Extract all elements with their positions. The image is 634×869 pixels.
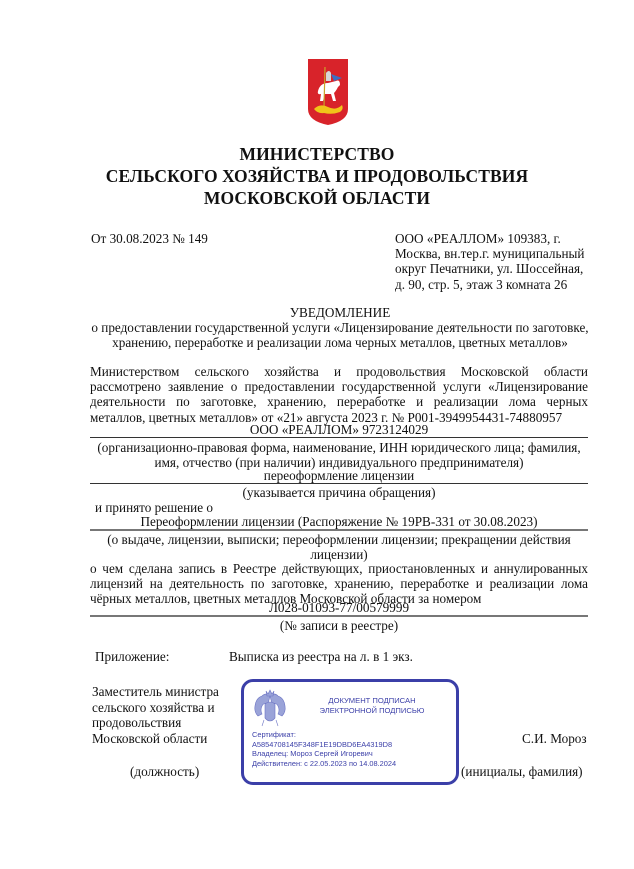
address-line: д. 90, стр. 5, этаж 3 комната 26 (395, 277, 605, 292)
ministry-title: МИНИСТЕРСТВО СЕЛЬСКОГО ХОЗЯЙСТВА И ПРОДО… (0, 143, 634, 209)
certificate-validity: Действителен: с 22.05.2023 по 14.08.2024 (252, 759, 396, 769)
russian-coat-of-arms-icon (252, 688, 288, 730)
stamp-heading-line: ДОКУМЕНТ ПОДПИСАН (302, 696, 442, 706)
notice-subtitle: хранению, переработке и реализации лома … (90, 335, 590, 350)
reason-field: переоформление лицензии (90, 468, 588, 484)
address-line: ООО «РЕАЛЛОМ» 109383, г. (395, 231, 605, 246)
decision-intro: и принято решение о (95, 500, 213, 515)
decision-field: Переоформлении лицензии (Распоряжение № … (90, 514, 588, 531)
position-caption: (должность) (130, 764, 199, 779)
title-line: СЕЛЬСКОГО ХОЗЯЙСТВА И ПРОДОВОЛЬСТВИЯ (0, 165, 634, 187)
signatory-position: Заместитель министра сельского хозяйства… (92, 684, 219, 746)
stamp-certificate-info: Сертификат: A5854708145F348F1E19DBD6EA43… (252, 730, 396, 768)
caption-line: (организационно-правовая форма, наименов… (90, 440, 588, 455)
title-line: МИНИСТЕРСТВО (0, 143, 634, 165)
recipient-address: ООО «РЕАЛЛОМ» 109383, г. Москва, вн.тер.… (395, 231, 605, 292)
notice-heading: УВЕДОМЛЕНИЕ о предоставлении государстве… (90, 305, 590, 351)
title-line: МОСКОВСКОЙ ОБЛАСТИ (0, 187, 634, 209)
document-date-number: От 30.08.2023 № 149 (91, 231, 208, 246)
attachment-value: Выписка из реестра на л. в 1 экз. (229, 649, 413, 664)
registry-number: Л028-01093-77/00579999 (90, 600, 588, 617)
signatory-name: С.И. Мороз (522, 731, 587, 746)
name-caption: (инициалы, фамилия) (461, 764, 583, 779)
moscow-oblast-coat-of-arms-icon (306, 57, 350, 127)
certificate-value: A5854708145F348F1E19DBD6EA4319D8 (252, 740, 396, 750)
position-line: продовольствия (92, 715, 219, 731)
registry-caption: (№ записи в реестре) (90, 618, 588, 633)
address-line: Москва, вн.тер.г. муниципальный (395, 246, 605, 261)
applicant-field: ООО «РЕАЛЛОМ» 9723124029 (90, 422, 588, 438)
caption-line: (о выдаче, лицензии, выписки; переоформл… (90, 532, 588, 547)
position-line: Заместитель министра (92, 684, 219, 700)
electronic-signature-stamp: ДОКУМЕНТ ПОДПИСАН ЭЛЕКТРОННОЙ ПОДПИСЬЮ С… (241, 679, 459, 785)
notice-subtitle: о предоставлении государственной услуги … (90, 320, 590, 335)
certificate-owner: Владелец: Мороз Сергей Игоревич (252, 749, 396, 759)
position-line: Московской области (92, 731, 219, 747)
applicant-caption: (организационно-правовая форма, наименов… (90, 440, 588, 470)
decision-caption: (о выдаче, лицензии, выписки; переоформл… (90, 532, 588, 562)
attachment-label: Приложение: (95, 649, 169, 664)
address-line: округ Печатники, ул. Шоссейная, (395, 261, 605, 276)
certificate-label: Сертификат: (252, 730, 396, 740)
body-paragraph: Министерством сельского хозяйства и прод… (90, 364, 588, 425)
stamp-heading: ДОКУМЕНТ ПОДПИСАН ЭЛЕКТРОННОЙ ПОДПИСЬЮ (302, 696, 442, 716)
position-line: сельского хозяйства и (92, 700, 219, 716)
stamp-heading-line: ЭЛЕКТРОННОЙ ПОДПИСЬЮ (302, 706, 442, 716)
notice-title: УВЕДОМЛЕНИЕ (90, 305, 590, 320)
reason-caption: (указывается причина обращения) (90, 485, 588, 500)
